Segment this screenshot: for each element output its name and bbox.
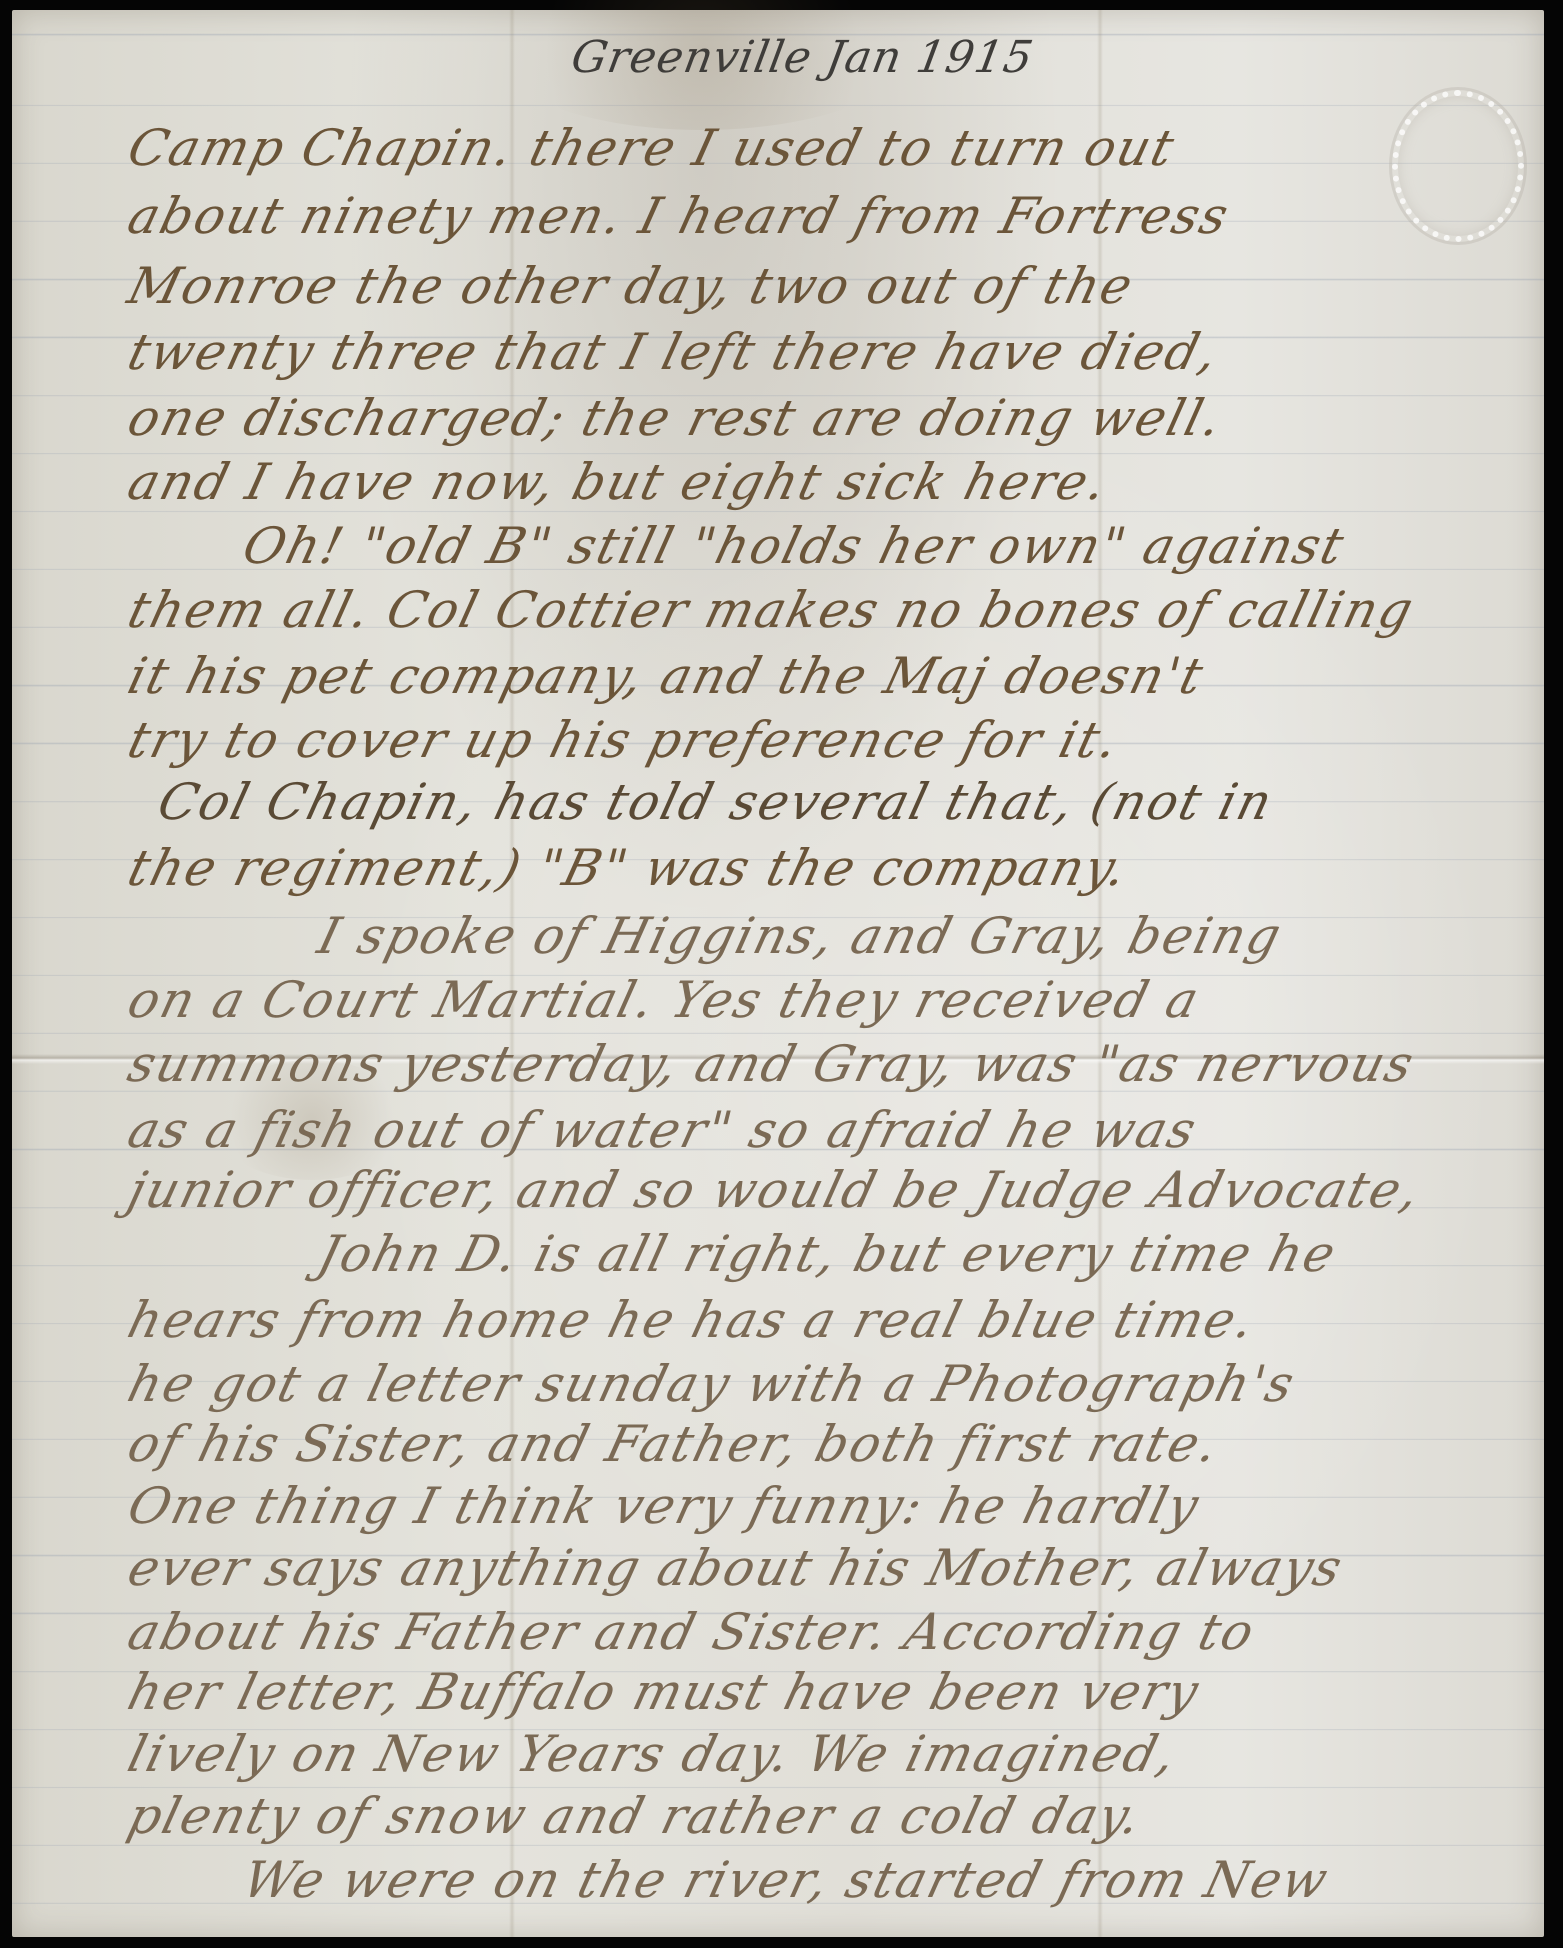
letter-page: Greenville Jan 1915 Camp Chapin. there I…: [12, 10, 1544, 1937]
letter-line: One thing I think very funny: he hardly: [122, 1476, 1537, 1536]
letter-line: them all. Col Cottier makes no bones of …: [122, 580, 1537, 640]
letter-line: about his Father and Sister. According t…: [122, 1602, 1537, 1662]
scan-background: Greenville Jan 1915 Camp Chapin. there I…: [0, 0, 1563, 1948]
letter-line: on a Court Martial. Yes they received a: [122, 970, 1537, 1030]
letter-line: Camp Chapin. there I used to turn out: [122, 118, 1537, 178]
letter-line: summons yesterday, and Gray, was "as ner…: [122, 1034, 1537, 1094]
letter-line: hears from home he has a real blue time.: [122, 1290, 1537, 1350]
letter-line: one discharged; the rest are doing well.: [122, 388, 1537, 448]
letter-line: the regiment,) "B" was the company.: [122, 838, 1537, 898]
letter-line: junior officer, and so would be Judge Ad…: [122, 1160, 1537, 1220]
letter-line: ever says anything about his Mother, alw…: [122, 1538, 1537, 1598]
letter-line: Monroe the other day, two out of the: [122, 256, 1537, 316]
letter-line: about ninety men. I heard from Fortress: [122, 186, 1537, 246]
letter-line: and I have now, but eight sick here.: [122, 452, 1537, 512]
letter-line: plenty of snow and rather a cold day.: [122, 1786, 1537, 1846]
letter-line: John D. is all right, but every time he: [312, 1224, 1563, 1284]
letter-line: lively on New Years day. We imagined,: [122, 1724, 1537, 1784]
letter-line: Col Chapin, has told several that, (not …: [152, 772, 1563, 832]
letter-line: her letter, Buffalo must have been very: [122, 1662, 1537, 1722]
letter-line: he got a letter sunday with a Photograph…: [122, 1354, 1537, 1414]
letter-line: it his pet company, and the Maj doesn't: [122, 646, 1537, 706]
letter-line: We were on the river, started from New: [237, 1850, 1563, 1910]
letter-line: I spoke of Higgins, and Gray, being: [312, 906, 1563, 966]
letter-line: as a fish out of water" so afraid he was: [122, 1100, 1537, 1160]
letter-line: Oh! "old B" still "holds her own" agains…: [237, 516, 1563, 576]
letter-line: try to cover up his preference for it.: [122, 710, 1537, 770]
letter-line: of his Sister, and Father, both first ra…: [122, 1414, 1537, 1474]
letter-body: Camp Chapin. there I used to turn out ab…: [12, 10, 1544, 1937]
letter-line: twenty three that I left there have died…: [122, 322, 1537, 382]
